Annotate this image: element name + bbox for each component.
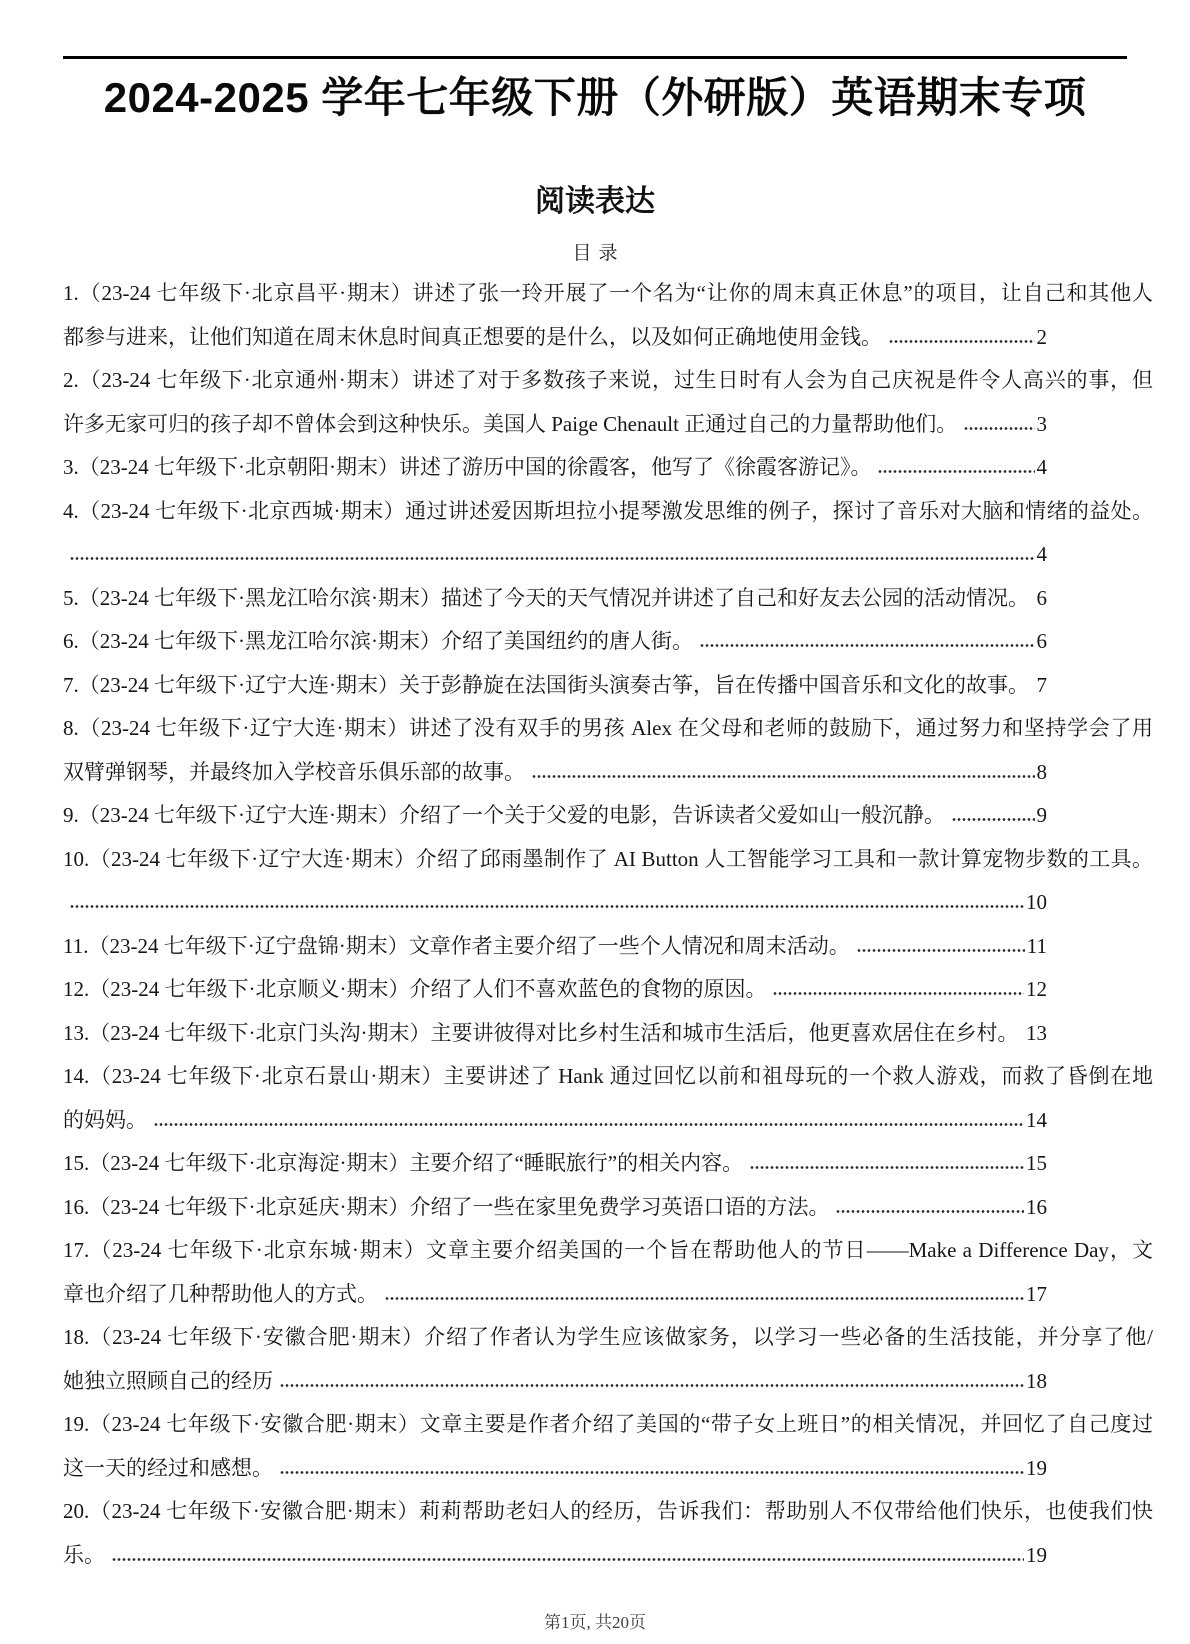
toc-entry-text: 3.（23-24 七年级下·北京朝阳·期末）讲述了游历中国的徐霞客，他写了《徐霞… bbox=[63, 446, 871, 490]
toc-line: 她独立照顾自己的经历18 bbox=[63, 1360, 1153, 1404]
toc-entry-text: 都参与进来，让他们知道在周末休息时间真正想要的是什么，以及如何正确地使用金钱。 bbox=[63, 316, 882, 360]
toc-page-number: 17 bbox=[1026, 1273, 1047, 1317]
toc-entry-text: 19.（23-24 七年级下·安徽合肥·期末）文章主要是作者介绍了美国的“带子女… bbox=[63, 1403, 1153, 1447]
toc-line: 9.（23-24 七年级下·辽宁大连·期末）介绍了一个关于父爱的电影，告诉读者父… bbox=[63, 794, 1153, 838]
toc-entry-text: 4.（23-24 七年级下·北京西城·期末）通过讲述爱因斯坦拉小提琴激发思维的例… bbox=[63, 490, 1153, 534]
toc-page-number: 19 bbox=[1026, 1534, 1047, 1578]
toc-leader-dots bbox=[857, 948, 1025, 953]
toc-entry-text: 12.（23-24 七年级下·北京顺义·期末）介绍了人们不喜欢蓝色的食物的原因。 bbox=[63, 968, 766, 1012]
toc-entry-text: 18.（23-24 七年级下·安徽合肥·期末）介绍了作者认为学生应该做家务，以学… bbox=[63, 1316, 1153, 1360]
toc-line: 11.（23-24 七年级下·辽宁盘锦·期末）文章作者主要介绍了一些个人情况和周… bbox=[63, 925, 1153, 969]
toc-line: 都参与进来，让他们知道在周末休息时间真正想要的是什么，以及如何正确地使用金钱。2 bbox=[63, 316, 1153, 360]
toc-leader-dots bbox=[154, 1122, 1024, 1127]
toc-entry[interactable]: 6.（23-24 七年级下·黑龙江哈尔滨·期末）介绍了美国纽约的唐人街。6 bbox=[63, 620, 1153, 664]
toc-line: 10 bbox=[63, 881, 1153, 925]
toc-page-number: 7 bbox=[1037, 664, 1048, 708]
toc-page-number: 4 bbox=[1037, 446, 1048, 490]
toc-leader-dots bbox=[952, 817, 1035, 822]
toc-entry[interactable]: 1.（23-24 七年级下·北京昌平·期末）讲述了张一玲开展了一个名为“让你的周… bbox=[63, 272, 1153, 359]
toc-leader-space bbox=[1031, 687, 1035, 692]
toc-entry[interactable]: 18.（23-24 七年级下·安徽合肥·期末）介绍了作者认为学生应该做家务，以学… bbox=[63, 1316, 1153, 1403]
toc-leader-dots bbox=[532, 774, 1035, 779]
toc-page-number: 19 bbox=[1026, 1447, 1047, 1491]
toc-entry-text: 7.（23-24 七年级下·辽宁大连·期末）关于彭静旋在法国街头演奏古筝，旨在传… bbox=[63, 664, 1024, 708]
document-page: 2024-2025 学年七年级下册（外研版）英语期末专项 阅读表达 目录 1.（… bbox=[0, 0, 1190, 1644]
toc-line: 15.（23-24 七年级下·北京海淀·期末）主要介绍了“睡眠旅行”的相关内容。… bbox=[63, 1142, 1153, 1186]
toc-entry[interactable]: 13.（23-24 七年级下·北京门头沟·期末）主要讲彼得对比乡村生活和城市生活… bbox=[63, 1012, 1153, 1056]
toc-entry[interactable]: 17.（23-24 七年级下·北京东城·期末）文章主要介绍美国的一个旨在帮助他人… bbox=[63, 1229, 1153, 1316]
toc-leader-dots bbox=[889, 339, 1035, 344]
toc-line: 这一天的经过和感想。19 bbox=[63, 1447, 1153, 1491]
toc-leader-space bbox=[1020, 1035, 1024, 1040]
toc-page-number: 14 bbox=[1026, 1099, 1047, 1143]
toc-line: 乐。19 bbox=[63, 1534, 1153, 1578]
toc-entry[interactable]: 7.（23-24 七年级下·辽宁大连·期末）关于彭静旋在法国街头演奏古筝，旨在传… bbox=[63, 664, 1153, 708]
toc-line: 4 bbox=[63, 533, 1153, 577]
document-title: 2024-2025 学年七年级下册（外研版）英语期末专项 bbox=[0, 74, 1190, 122]
toc-page-number: 8 bbox=[1037, 751, 1048, 795]
toc-page-number: 12 bbox=[1026, 968, 1047, 1012]
toc-leader-dots bbox=[280, 1383, 1024, 1388]
toc-entry[interactable]: 5.（23-24 七年级下·黑龙江哈尔滨·期末）描述了今天的天气情况并讲述了自己… bbox=[63, 577, 1153, 621]
toc-entry-text: 17.（23-24 七年级下·北京东城·期末）文章主要介绍美国的一个旨在帮助他人… bbox=[63, 1229, 1153, 1273]
toc-entry[interactable]: 11.（23-24 七年级下·辽宁盘锦·期末）文章作者主要介绍了一些个人情况和周… bbox=[63, 925, 1153, 969]
toc-entry-text: 2.（23-24 七年级下·北京通州·期末）讲述了对于多数孩子来说，过生日时有人… bbox=[63, 359, 1153, 403]
toc-entry[interactable]: 16.（23-24 七年级下·北京延庆·期末）介绍了一些在家里免费学习英语口语的… bbox=[63, 1186, 1153, 1230]
toc-entry-text: 13.（23-24 七年级下·北京门头沟·期末）主要讲彼得对比乡村生活和城市生活… bbox=[63, 1012, 1013, 1056]
toc-line: 7.（23-24 七年级下·辽宁大连·期末）关于彭静旋在法国街头演奏古筝，旨在传… bbox=[63, 664, 1153, 708]
toc-entry[interactable]: 3.（23-24 七年级下·北京朝阳·期末）讲述了游历中国的徐霞客，他写了《徐霞… bbox=[63, 446, 1153, 490]
toc-list: 1.（23-24 七年级下·北京昌平·期末）讲述了张一玲开展了一个名为“让你的周… bbox=[63, 272, 1153, 1577]
toc-leader-dots bbox=[964, 426, 1034, 431]
toc-entry-text: 1.（23-24 七年级下·北京昌平·期末）讲述了张一玲开展了一个名为“让你的周… bbox=[63, 272, 1153, 316]
toc-entry[interactable]: 4.（23-24 七年级下·北京西城·期末）通过讲述爱因斯坦拉小提琴激发思维的例… bbox=[63, 490, 1153, 577]
toc-entry[interactable]: 2.（23-24 七年级下·北京通州·期末）讲述了对于多数孩子来说，过生日时有人… bbox=[63, 359, 1153, 446]
toc-leader-dots bbox=[878, 469, 1034, 474]
toc-entry[interactable]: 14.（23-24 七年级下·北京石景山·期末）主要讲述了 Hank 通过回忆以… bbox=[63, 1055, 1153, 1142]
toc-line: 的妈妈。14 bbox=[63, 1099, 1153, 1143]
toc-entry[interactable]: 12.（23-24 七年级下·北京顺义·期末）介绍了人们不喜欢蓝色的食物的原因。… bbox=[63, 968, 1153, 1012]
page-footer: 第1页, 共20页 bbox=[0, 1608, 1190, 1633]
header-rule bbox=[63, 56, 1127, 59]
toc-page-number: 2 bbox=[1037, 316, 1048, 360]
toc-entry-text: 5.（23-24 七年级下·黑龙江哈尔滨·期末）描述了今天的天气情况并讲述了自己… bbox=[63, 577, 1024, 621]
section-title: 阅读表达 bbox=[0, 176, 1190, 220]
toc-entry-text: 的妈妈。 bbox=[63, 1099, 147, 1143]
toc-leader-dots bbox=[750, 1165, 1024, 1170]
toc-entry-text: 15.（23-24 七年级下·北京海淀·期末）主要介绍了“睡眠旅行”的相关内容。 bbox=[63, 1142, 743, 1186]
toc-leader-dots bbox=[70, 904, 1024, 909]
toc-line: 6.（23-24 七年级下·黑龙江哈尔滨·期末）介绍了美国纽约的唐人街。6 bbox=[63, 620, 1153, 664]
toc-page-number: 6 bbox=[1037, 577, 1048, 621]
toc-entry-text: 这一天的经过和感想。 bbox=[63, 1447, 273, 1491]
toc-heading: 目录 bbox=[0, 238, 1190, 265]
toc-leader-dots bbox=[112, 1557, 1024, 1562]
toc-entry[interactable]: 19.（23-24 七年级下·安徽合肥·期末）文章主要是作者介绍了美国的“带子女… bbox=[63, 1403, 1153, 1490]
toc-entry-text: 16.（23-24 七年级下·北京延庆·期末）介绍了一些在家里免费学习英语口语的… bbox=[63, 1186, 829, 1230]
toc-page-number: 3 bbox=[1037, 403, 1048, 447]
toc-line: 16.（23-24 七年级下·北京延庆·期末）介绍了一些在家里免费学习英语口语的… bbox=[63, 1186, 1153, 1230]
toc-line: 12.（23-24 七年级下·北京顺义·期末）介绍了人们不喜欢蓝色的食物的原因。… bbox=[63, 968, 1153, 1012]
toc-line: 5.（23-24 七年级下·黑龙江哈尔滨·期末）描述了今天的天气情况并讲述了自己… bbox=[63, 577, 1153, 621]
toc-page-number: 13 bbox=[1026, 1012, 1047, 1056]
toc-leader-dots bbox=[70, 556, 1035, 561]
toc-leader-dots bbox=[773, 991, 1024, 996]
toc-leader-dots bbox=[280, 1470, 1024, 1475]
toc-page-number: 4 bbox=[1037, 533, 1048, 577]
toc-leader-dots bbox=[700, 643, 1035, 648]
toc-entry-text: 11.（23-24 七年级下·辽宁盘锦·期末）文章作者主要介绍了一些个人情况和周… bbox=[63, 925, 850, 969]
toc-entry[interactable]: 20.（23-24 七年级下·安徽合肥·期末）莉莉帮助老妇人的经历，告诉我们：帮… bbox=[63, 1490, 1153, 1577]
toc-entry[interactable]: 10.（23-24 七年级下·辽宁大连·期末）介绍了邱雨墨制作了 AI Butt… bbox=[63, 838, 1153, 925]
toc-entry-text: 10.（23-24 七年级下·辽宁大连·期末）介绍了邱雨墨制作了 AI Butt… bbox=[63, 838, 1153, 882]
toc-line: 13.（23-24 七年级下·北京门头沟·期末）主要讲彼得对比乡村生活和城市生活… bbox=[63, 1012, 1153, 1056]
toc-entry-text: 许多无家可归的孩子却不曾体会到这种快乐。美国人 Paige Chenault 正… bbox=[63, 403, 957, 447]
toc-page-number: 10 bbox=[1026, 881, 1047, 925]
toc-page-number: 9 bbox=[1037, 794, 1048, 838]
toc-line: 3.（23-24 七年级下·北京朝阳·期末）讲述了游历中国的徐霞客，他写了《徐霞… bbox=[63, 446, 1153, 490]
toc-entry[interactable]: 9.（23-24 七年级下·辽宁大连·期末）介绍了一个关于父爱的电影，告诉读者父… bbox=[63, 794, 1153, 838]
toc-entry-text: 章也介绍了几种帮助他人的方式。 bbox=[63, 1273, 378, 1317]
toc-line: 章也介绍了几种帮助他人的方式。17 bbox=[63, 1273, 1153, 1317]
toc-entry-text: 乐。 bbox=[63, 1534, 105, 1578]
toc-page-number: 11 bbox=[1027, 925, 1047, 969]
toc-page-number: 16 bbox=[1026, 1186, 1047, 1230]
toc-leader-dots bbox=[836, 1209, 1024, 1214]
toc-entry-text: 8.（23-24 七年级下·辽宁大连·期末）讲述了没有双手的男孩 Alex 在父… bbox=[63, 707, 1153, 751]
toc-entry-text: 14.（23-24 七年级下·北京石景山·期末）主要讲述了 Hank 通过回忆以… bbox=[63, 1055, 1153, 1099]
toc-entry-text: 9.（23-24 七年级下·辽宁大连·期末）介绍了一个关于父爱的电影，告诉读者父… bbox=[63, 794, 945, 838]
toc-entry-text: 6.（23-24 七年级下·黑龙江哈尔滨·期末）介绍了美国纽约的唐人街。 bbox=[63, 620, 693, 664]
toc-entry-text: 双臂弹钢琴，并最终加入学校音乐俱乐部的故事。 bbox=[63, 751, 525, 795]
toc-entry-text: 她独立照顾自己的经历 bbox=[63, 1360, 273, 1404]
toc-line: 双臂弹钢琴，并最终加入学校音乐俱乐部的故事。8 bbox=[63, 751, 1153, 795]
toc-entry[interactable]: 15.（23-24 七年级下·北京海淀·期末）主要介绍了“睡眠旅行”的相关内容。… bbox=[63, 1142, 1153, 1186]
toc-page-number: 15 bbox=[1026, 1142, 1047, 1186]
toc-page-number: 6 bbox=[1037, 620, 1048, 664]
toc-entry-text: 20.（23-24 七年级下·安徽合肥·期末）莉莉帮助老妇人的经历，告诉我们：帮… bbox=[63, 1490, 1153, 1534]
toc-entry[interactable]: 8.（23-24 七年级下·辽宁大连·期末）讲述了没有双手的男孩 Alex 在父… bbox=[63, 707, 1153, 794]
toc-leader-dots bbox=[385, 1296, 1024, 1301]
toc-line: 许多无家可归的孩子却不曾体会到这种快乐。美国人 Paige Chenault 正… bbox=[63, 403, 1153, 447]
toc-leader-space bbox=[1031, 600, 1035, 605]
toc-page-number: 18 bbox=[1026, 1360, 1047, 1404]
